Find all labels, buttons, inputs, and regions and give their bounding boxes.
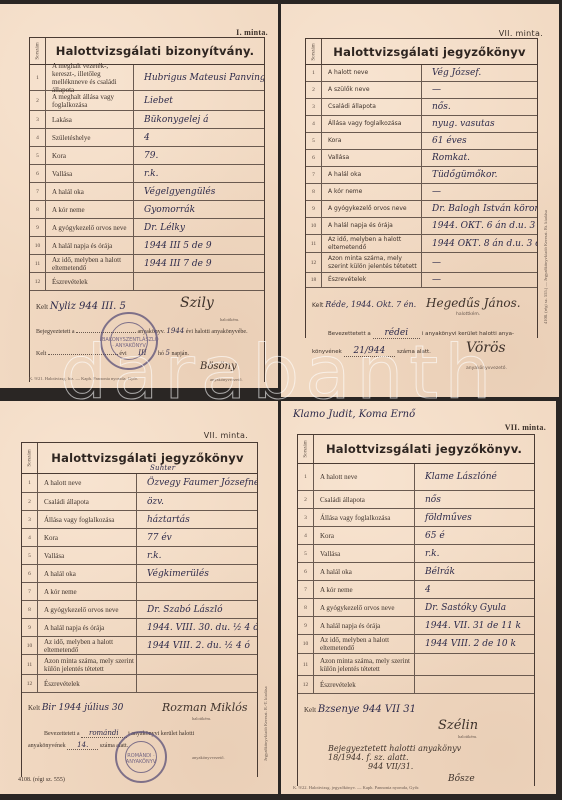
row-value: Romkat. xyxy=(422,150,537,166)
form-row: 9A halál napja és órája1944. VIII. 30. d… xyxy=(22,619,257,637)
printer-imprint: K. 9/22. Halottvizsg. jegyzőkönyv. — Kap… xyxy=(293,785,419,790)
form-row: 3LakásaBükonygelej á xyxy=(30,111,264,129)
form-row: 11Azon minta száma, mely szerint külön j… xyxy=(22,655,257,675)
row-number: 6 xyxy=(30,165,46,182)
register-label: anyakönyvének xyxy=(28,743,66,749)
row-number: 9 xyxy=(298,617,314,634)
form-row: 4Kora77 év xyxy=(22,529,257,547)
signer-role: halottkém. xyxy=(220,317,239,322)
registrar-signature: Vörös xyxy=(466,340,506,356)
row-label: Születéshelye xyxy=(46,129,134,146)
row-label: A meghalt vezeték-, kereszt-, illetőleg … xyxy=(46,65,134,90)
row-label: A halál oka xyxy=(46,183,134,200)
document-sheet-3: VII. minta. Sorszám Halottvizsgálati jeg… xyxy=(0,401,278,794)
examiner-signature: Hegedűs János. xyxy=(426,296,521,310)
row-label: Észrevételek xyxy=(46,273,134,290)
row-label: A gyógykezelő orvos neve xyxy=(38,601,137,618)
official-stamp: ROMÁNDI · ANYAKÖNYV xyxy=(115,731,167,783)
row-label: A halott neve xyxy=(322,65,422,81)
document-sheet-4: Klamo Judit, Koma Ernő VII. minta. Sorsz… xyxy=(281,401,556,794)
row-label: A meghalt állása vagy foglalkozása xyxy=(46,91,134,110)
row-label: A kór neme xyxy=(314,581,415,598)
row-value: r.k. xyxy=(134,165,264,182)
side-imprint: Jegyzőkönyvkiadó Kereszt. R.-T. kiadása xyxy=(263,686,268,761)
row-number: 1 xyxy=(306,65,322,81)
form-row: 1A meghalt vezeték-, kereszt-, illetőleg… xyxy=(30,65,264,91)
form-rows: 1A halott neveKlame Lászlóné2Családi áll… xyxy=(298,464,534,694)
registry-year: 1944 xyxy=(166,327,184,335)
row-number: 7 xyxy=(306,167,322,183)
form-row: 9A gyógykezelő orvos neveDr. Balogh Istv… xyxy=(306,201,537,218)
note-line: Bejegyeztetett halotti anyakönyv xyxy=(328,744,461,753)
row-number: 5 xyxy=(30,147,46,164)
examiner-signature: Rozman Miklós xyxy=(162,701,248,714)
row-value: Végelgyengülés xyxy=(134,183,264,200)
row-number: 11 xyxy=(30,255,46,272)
form-row: 3Állása vagy foglalkozásaháztartás xyxy=(22,511,257,529)
column-number-header: Sorszám xyxy=(22,443,38,473)
form-row: 5Kora79. xyxy=(30,147,264,165)
form-row: 10A halál napja és órája1944 III 5 de 9 xyxy=(30,237,264,255)
row-value: 4 xyxy=(134,129,264,146)
column-number-header: Sorszám xyxy=(30,38,46,64)
row-label: A kór neme xyxy=(322,184,422,200)
row-value: földműves xyxy=(415,509,534,526)
form-rows: 1A halott neveVég József.2A szülők neve—… xyxy=(306,65,537,288)
note-line: 18/1944. f. sz. alatt. xyxy=(328,753,461,762)
form-row: 2Családi állapotanős xyxy=(298,491,534,509)
form-row: 4Születéshelye4 xyxy=(30,129,264,147)
kelt2-month-label: hó xyxy=(158,351,164,357)
row-label: A halott neve xyxy=(314,464,415,490)
row-number: 5 xyxy=(306,133,322,149)
registrar-signature: Bősze xyxy=(448,774,475,784)
row-value: Özvegy Faumer Józsefné xyxy=(137,474,257,492)
form-row: 10A halál napja és órája1944. ОКТ. 6 án … xyxy=(306,218,537,235)
row-number: 6 xyxy=(306,150,322,166)
form-footer: Kelt Réde, 1944. Okt. 7 én. Hegedűs Jáno… xyxy=(306,288,537,388)
form-row: 6Vallásar.k. xyxy=(30,165,264,183)
registration-note: Bejegyeztetett halotti anyakönyv 18/1944… xyxy=(328,744,461,771)
row-label: Kora xyxy=(38,529,137,546)
row-value: — xyxy=(422,184,537,200)
row-label: A halál oka xyxy=(322,167,422,183)
row-value: 77 év xyxy=(137,529,257,546)
row-number: 18 xyxy=(306,273,322,287)
row-value: Bükonygelej á xyxy=(134,111,264,128)
row-label: Észrevételek xyxy=(322,273,422,287)
form-row: 7A halál okaVégelgyengülés xyxy=(30,183,264,201)
row-label: A szülők neve xyxy=(322,82,422,98)
signer-role: halottkém. xyxy=(458,734,477,739)
row-value: 1944 ОКТ. 8 án d.u. 3 órakor xyxy=(422,235,537,252)
row-label: Családi állapota xyxy=(322,99,422,115)
form-row: 10Az idő, melyben a halott eltemetendő19… xyxy=(22,637,257,655)
form-sample-label: I. minta. xyxy=(236,28,268,37)
row-label: Kora xyxy=(314,527,415,544)
row-number: 7 xyxy=(298,581,314,598)
registrar-role: anyakönyvvezető. xyxy=(466,366,507,371)
row-number: 11 xyxy=(22,655,38,674)
row-label: Kora xyxy=(322,133,422,149)
district-value: romándi xyxy=(81,729,127,738)
form-row: 12Észrevételek xyxy=(298,676,534,694)
entered-label: Bevezettetett a xyxy=(328,331,371,337)
row-number: 11 xyxy=(298,654,314,675)
row-label: Az idő, melyben a halott eltemetendő xyxy=(38,637,137,654)
row-number: 3 xyxy=(22,511,38,528)
row-value xyxy=(137,655,257,674)
kelt2-day-label: napján. xyxy=(171,351,189,357)
row-label: A kór neme xyxy=(46,201,134,218)
form-title: Halottvizsgálati jegyzőkönyv xyxy=(322,39,537,64)
row-label: Az idő, melyben a halott eltemetendő xyxy=(322,235,422,252)
row-number: 2 xyxy=(22,493,38,510)
form-row: 11Az idő, melyben a halott eltemetendő19… xyxy=(306,235,537,253)
row-value: 1944 VIII. 2 de 10 k xyxy=(415,635,534,653)
row-value: Végkimerülés xyxy=(137,565,257,582)
row-value: Liebet xyxy=(134,91,264,110)
form-row: 5Kora61 éves xyxy=(306,133,537,150)
kelt-label: Kelt xyxy=(312,302,323,309)
row-number: 7 xyxy=(30,183,46,200)
form-row: 12Észrevételek xyxy=(22,675,257,693)
row-number: 4 xyxy=(22,529,38,546)
death-report-form: Sorszám Halottvizsgálati jegyzőkönyv. 1A… xyxy=(297,434,535,786)
row-number: 12 xyxy=(30,273,46,290)
row-value: r.k. xyxy=(415,545,534,562)
row-label: Észrevételek xyxy=(38,675,137,692)
row-value: Gyomorrák xyxy=(134,201,264,218)
row-number: 10 xyxy=(306,218,322,234)
row-label: Vallása xyxy=(322,150,422,166)
row-value: nős xyxy=(415,491,534,508)
form-row: 8A gyógykezelő orvos neveDr. Sastóky Gyu… xyxy=(298,599,534,617)
row-label: Vallása xyxy=(38,547,137,564)
row-number: 4 xyxy=(298,527,314,544)
row-label: Azon minta száma, mely szerint külön jel… xyxy=(38,655,137,674)
kelt2-day: 5 xyxy=(165,349,169,357)
row-number: 7 xyxy=(22,583,38,600)
row-label: Vallása xyxy=(314,545,415,562)
row-number: 3 xyxy=(298,509,314,526)
form-row: 7A kór neme xyxy=(22,583,257,601)
kelt-value: Bir 1944 július 30 xyxy=(42,703,124,713)
row-value xyxy=(415,654,534,675)
row-value: 1944. ОКТ. 6 án d.u. 3 órakor xyxy=(422,218,537,234)
form-row: 6VallásaRomkat. xyxy=(306,150,537,167)
kelt-label: Kelt xyxy=(36,303,48,311)
row-number: 8 xyxy=(306,184,322,200)
row-label: A halál napja és órája xyxy=(322,218,422,234)
register-label: könyvének xyxy=(312,349,342,355)
kelt-value: Nyliz 944 III. 5 xyxy=(50,301,126,312)
row-number: 10 xyxy=(298,635,314,653)
row-number: 11 xyxy=(306,235,322,252)
form-row: 4Állása vagy foglalkozásanyug. vasutas xyxy=(306,116,537,133)
row-number: 9 xyxy=(22,619,38,636)
row-value: Vég József. xyxy=(422,65,537,81)
row-value xyxy=(415,676,534,693)
form-sample-label: VII. minta. xyxy=(499,29,543,38)
row-value xyxy=(137,675,257,692)
row-value: Tüdőgümőkor. xyxy=(422,167,537,183)
row-value: Klame Lászlóné xyxy=(415,464,534,490)
row-label: Az idő, melyben a halott eltemetendő xyxy=(46,255,134,272)
row-label: Azon minta száma, mely szerint külön jel… xyxy=(322,253,422,272)
row-number: 5 xyxy=(298,545,314,562)
note-line: 944 VII/31. xyxy=(328,762,461,771)
kelt-value: Réde, 1944. Okt. 7 én. xyxy=(325,300,416,309)
form-footer: Kelt Bzsenye 944 VII 31 Szélin halottkém… xyxy=(298,694,534,794)
row-value: nyug. vasutas xyxy=(422,116,537,132)
document-sheet-1: I. minta. Sorszám Halottvizsgálati bizon… xyxy=(0,4,278,388)
form-row: 8A gyógykezelő orvos neveDr. Szabó Lászl… xyxy=(22,601,257,619)
death-report-form: Sorszám Halottvizsgálati jegyzőkönyv 1A … xyxy=(305,38,538,338)
form-row: 3Állása vagy foglalkozásaföldműves xyxy=(298,509,534,527)
column-number-header: Sorszám xyxy=(298,435,314,463)
row-label: Állása vagy foglalkozása xyxy=(322,116,422,132)
row-value: 79. xyxy=(134,147,264,164)
row-label: A halál napja és órája xyxy=(46,237,134,254)
row-number: 9 xyxy=(306,201,322,217)
form-title: Halottvizsgálati bizonyítvány. xyxy=(46,38,264,64)
row-label: Kora xyxy=(46,147,134,164)
row-label: A halál oka xyxy=(38,565,137,582)
form-row: 11Az idő, melyben a halott eltemetendő19… xyxy=(30,255,264,273)
row-value: Dr. Balogh István körorvos xyxy=(422,201,537,217)
row-number: 8 xyxy=(30,201,46,218)
row-number: 10 xyxy=(30,237,46,254)
form-row: 2A meghalt állása vagy foglalkozásaLiebe… xyxy=(30,91,264,111)
row-number: 1 xyxy=(22,474,38,492)
row-label: A halál napja és órája xyxy=(38,619,137,636)
document-sheet-2: VII. minta. Sorszám Halottvizsgálati jeg… xyxy=(281,4,559,397)
form-row: 8A kór nemeGyomorrák xyxy=(30,201,264,219)
row-value: 1944 VIII. 2. du. ½ 4 ó xyxy=(137,637,257,654)
kelt-label: Kelt xyxy=(304,706,316,714)
row-label: A halott neve xyxy=(38,474,137,492)
form-rows: 1A halott neveÖzvegy Faumer Józsefné2Csa… xyxy=(22,474,257,693)
form-sample-label: VII. minta. xyxy=(505,423,546,432)
form-row: 2Családi állapotaözv. xyxy=(22,493,257,511)
form-row: 18Észrevételek— xyxy=(306,273,537,288)
form-row: 1A halott neveÖzvegy Faumer Józsefné xyxy=(22,474,257,493)
row-label: A halál napja és órája xyxy=(314,617,415,634)
row-label: Az idő, melyben a halott eltemetendő xyxy=(314,635,415,653)
registry-end: évi halotti anyakönyvébe. xyxy=(186,329,248,335)
form-row: 4Kora65 é xyxy=(298,527,534,545)
row-value xyxy=(134,273,264,290)
row-label: Családi állapota xyxy=(314,491,415,508)
kelt2-label: Kelt xyxy=(36,351,46,357)
form-code: 4108. (régi sz. 555) xyxy=(18,777,65,783)
printer-imprint: K. 9/21. Halottvizsg. biz. — Kaph. Panno… xyxy=(29,376,138,381)
entered-end: i anyakönyvi kerület halotti anya- xyxy=(422,331,514,337)
row-value: özv. xyxy=(137,493,257,510)
row-number: 6 xyxy=(298,563,314,580)
form-sample-label: VII. minta. xyxy=(204,431,248,440)
row-number: 5 xyxy=(22,547,38,564)
register-number: 21/944 xyxy=(344,346,396,357)
registered-label: Bejegyeztetett a xyxy=(36,329,74,335)
row-value: r.k. xyxy=(137,547,257,564)
form-row: 10Az idő, melyben a halott eltemetendő19… xyxy=(298,635,534,654)
form-title: Halottvizsgálati jegyzőkönyv Suhter xyxy=(38,443,257,473)
row-value: — xyxy=(422,82,537,98)
row-value: Hubrigus Mateusi Panvinger Borbála xyxy=(134,65,264,90)
form-row: 12Észrevételek xyxy=(30,273,264,291)
row-value: háztartás xyxy=(137,511,257,528)
row-value: — xyxy=(422,273,537,287)
row-value: 61 éves xyxy=(422,133,537,149)
register-number: 14. xyxy=(67,741,98,750)
row-number: 10 xyxy=(22,637,38,654)
row-value: Dr. Szabó László xyxy=(137,601,257,618)
form-row: 9A halál napja és órája1944. VII. 31 de … xyxy=(298,617,534,635)
form-row: 1A halott neveKlame Lászlóné xyxy=(298,464,534,491)
row-number: 6 xyxy=(22,565,38,582)
row-number: 2 xyxy=(306,82,322,98)
row-label: A halál oka xyxy=(314,563,415,580)
row-number: 8 xyxy=(22,601,38,618)
row-value: 1944 III 5 de 9 xyxy=(134,237,264,254)
official-stamp: BAKONYSZENTLÁSZLÓ · ANYAKÖNYV xyxy=(100,312,158,370)
column-number-header: Sorszám xyxy=(306,39,322,64)
row-number: 1 xyxy=(298,464,314,490)
row-number: 2 xyxy=(298,491,314,508)
row-label: Lakása xyxy=(46,111,134,128)
row-label: Családi állapota xyxy=(38,493,137,510)
row-number: 3 xyxy=(30,111,46,128)
row-label: Vallása xyxy=(46,165,134,182)
row-number: 2 xyxy=(30,91,46,110)
examiner-signature: Szily xyxy=(180,295,214,311)
top-annotation: Klamo Judit, Koma Ernő xyxy=(293,409,415,420)
row-value: 65 é xyxy=(415,527,534,544)
row-label: Azon minta száma, mely szerint külön jel… xyxy=(314,654,415,675)
kelt-value: Bzsenye 944 VII 31 xyxy=(318,704,416,715)
signer-role: halottkém. xyxy=(456,312,480,317)
form-row: 5Vallásar.k. xyxy=(298,545,534,563)
form-row: 8A kór neme— xyxy=(306,184,537,201)
examiner-signature: Szélin xyxy=(438,718,478,733)
row-number: 12 xyxy=(306,253,322,272)
side-imprint: 4108. (régi sz. 555.) — Jegyzőkönyvkiadó… xyxy=(543,210,548,324)
row-number: 12 xyxy=(22,675,38,692)
registrar-role: anyakönyvvezető. xyxy=(192,755,225,760)
form-title: Halottvizsgálati jegyzőkönyv. xyxy=(314,435,534,463)
death-report-form: Sorszám Halottvizsgálati jegyzőkönyv Suh… xyxy=(21,442,258,777)
form-row: 12Azon minta száma, mely szerint külön j… xyxy=(306,253,537,273)
form-row: 7A kór neme4 xyxy=(298,581,534,599)
title-annotation: Suhter xyxy=(150,464,175,472)
row-value: nős. xyxy=(422,99,537,115)
row-value: Dr. Lélky xyxy=(134,219,264,236)
form-row: 6A halál okaBélrák xyxy=(298,563,534,581)
row-value: 4 xyxy=(415,581,534,598)
row-value: 1944 III 7 de 9 xyxy=(134,255,264,272)
row-label: Állása vagy foglalkozása xyxy=(38,511,137,528)
form-row: 2A szülők neve— xyxy=(306,82,537,99)
form-row: 11Azon minta száma, mely szerint külön j… xyxy=(298,654,534,676)
row-label: A gyógykezelő orvos neve xyxy=(314,599,415,616)
row-number: 12 xyxy=(298,676,314,693)
form-row: 7A halál okaTüdőgümőkor. xyxy=(306,167,537,184)
district-value: rédei xyxy=(373,328,421,339)
row-value: — xyxy=(422,253,537,272)
registrar-signature: Bösöny xyxy=(200,361,237,372)
row-label: A kór neme xyxy=(38,583,137,600)
entered-label: Bevezettetett a xyxy=(44,731,79,737)
register-end: száma alatt. xyxy=(397,349,431,355)
row-label: Állása vagy foglalkozása xyxy=(314,509,415,526)
form-row: 1A halott neveVég József. xyxy=(306,65,537,82)
row-value: Dr. Sastóky Gyula xyxy=(415,599,534,616)
form-row: 6A halál okaVégkimerülés xyxy=(22,565,257,583)
row-number: 8 xyxy=(298,599,314,616)
row-value: 1944. VIII. 30. du. ½ 4 ó xyxy=(137,619,257,636)
row-value xyxy=(137,583,257,600)
registrar-role: anyakönyvvezető. xyxy=(210,377,243,382)
kelt-label: Kelt xyxy=(28,704,40,712)
row-label: Észrevételek xyxy=(314,676,415,693)
form-rows: 1A meghalt vezeték-, kereszt-, illetőleg… xyxy=(30,65,264,291)
signer-role: halottkém. xyxy=(192,716,211,721)
row-number: 1 xyxy=(30,65,46,90)
row-value: Bélrák xyxy=(415,563,534,580)
row-number: 9 xyxy=(30,219,46,236)
row-number: 4 xyxy=(306,116,322,132)
row-number: 4 xyxy=(30,129,46,146)
form-row: 9A gyógykezelő orvos neveDr. Lélky xyxy=(30,219,264,237)
row-label: A gyógykezelő orvos neve xyxy=(46,219,134,236)
row-value: 1944. VII. 31 de 11 k xyxy=(415,617,534,634)
row-label: A gyógykezelő orvos neve xyxy=(322,201,422,217)
form-row: 3Családi állapotanős. xyxy=(306,99,537,116)
row-number: 3 xyxy=(306,99,322,115)
form-row: 5Vallásar.k. xyxy=(22,547,257,565)
form-title-text: Halottvizsgálati jegyzőkönyv xyxy=(51,451,243,465)
